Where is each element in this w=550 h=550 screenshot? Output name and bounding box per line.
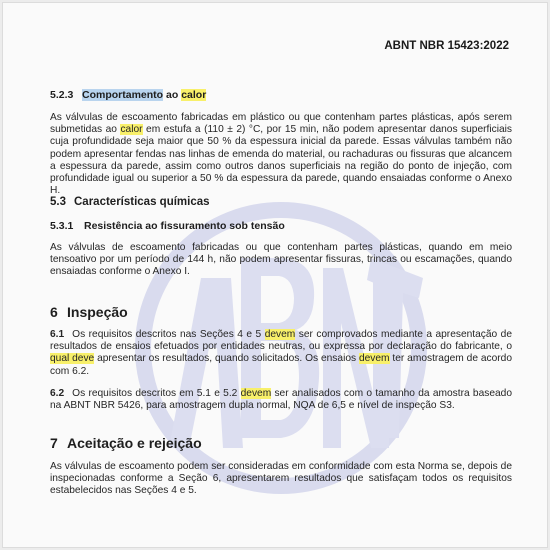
paragraph-6-1: 6.1Os requisitos descritos nas Seções 4 … bbox=[50, 329, 512, 378]
heading-6: 6Inspeção bbox=[50, 304, 512, 320]
heading-number: 5.3.1 bbox=[50, 220, 84, 232]
paragraph-7: As válvulas de escoamento podem ser cons… bbox=[50, 461, 512, 498]
heading-text: Resistência ao fissuramento sob tensão bbox=[84, 220, 285, 232]
highlighted-text[interactable]: devem bbox=[359, 353, 390, 364]
heading-5-3: 5.3Características químicas bbox=[50, 196, 512, 208]
heading-number: 5.3 bbox=[50, 196, 74, 208]
heading-number: 7 bbox=[50, 435, 67, 451]
text: Os requisitos descritos nas Seções 4 e 5 bbox=[72, 329, 265, 340]
text: Os requisitos descritos em 5.1 e 5.2 bbox=[72, 388, 240, 399]
paragraph-number: 6.2 bbox=[50, 388, 64, 399]
document-code: ABNT NBR 15423:2022 bbox=[384, 40, 509, 52]
heading-text: Características químicas bbox=[74, 196, 210, 208]
highlighted-text[interactable]: qual deve bbox=[50, 353, 94, 364]
text: apresentar os resultados, quando solicit… bbox=[94, 353, 359, 364]
selected-text[interactable]: Comportamento bbox=[82, 89, 163, 101]
heading-text: Inspeção bbox=[67, 304, 128, 320]
highlighted-text[interactable]: devem bbox=[265, 329, 296, 340]
document-page: ABNT NBR 15423:2022 5.2.3Comportamento a… bbox=[2, 2, 548, 548]
highlighted-text[interactable]: devem bbox=[241, 388, 272, 399]
paragraph-number: 6.1 bbox=[50, 329, 64, 340]
highlighted-text[interactable]: calor bbox=[120, 124, 142, 135]
paragraph-5-3-1: As válvulas de escoamento fabricadas ou … bbox=[50, 242, 512, 279]
heading-5-3-1: 5.3.1Resistência ao fissuramento sob ten… bbox=[50, 220, 512, 232]
heading-number: 6 bbox=[50, 304, 67, 320]
paragraph-6-2: 6.2Os requisitos descritos em 5.1 e 5.2 … bbox=[50, 388, 512, 412]
paragraph-5-2-3: As válvulas de escoamento fabricadas em … bbox=[50, 112, 512, 197]
heading-number: 5.2.3 bbox=[50, 89, 82, 101]
highlighted-text[interactable]: calor bbox=[181, 89, 206, 101]
heading-7: 7Aceitação e rejeição bbox=[50, 435, 512, 451]
heading-text: Aceitação e rejeição bbox=[67, 435, 202, 451]
heading-text: ao bbox=[163, 89, 181, 101]
heading-5-2-3: 5.2.3Comportamento ao calor bbox=[50, 89, 512, 101]
